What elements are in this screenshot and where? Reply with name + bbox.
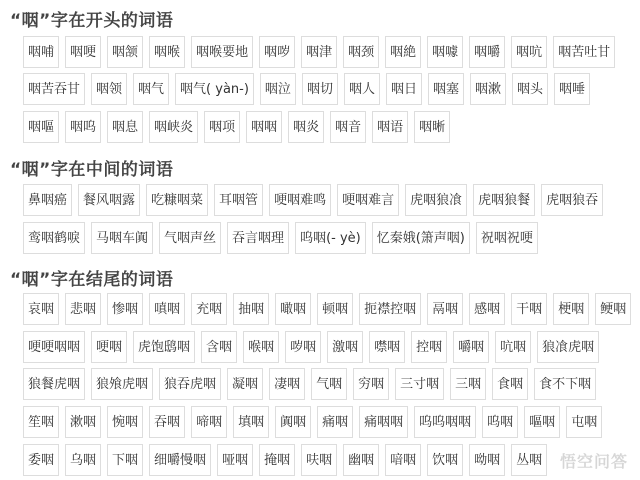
word-row: 哽哽咽咽哽咽虎饱鸱咽含咽喉咽哕咽激咽噤咽控咽嚼咽吭咽狼飡虎咽 bbox=[23, 331, 599, 363]
word-tag[interactable]: 幽咽 bbox=[343, 444, 379, 476]
word-tag[interactable]: 感咽 bbox=[469, 293, 505, 325]
word-tag[interactable]: 鸾咽鹤唳 bbox=[23, 222, 85, 254]
section-title: “咽”字在结尾的词语 bbox=[10, 265, 173, 290]
word-row: 哀咽悲咽惨咽嗔咽充咽抽咽噉咽顿咽扼襟控咽鬲咽感咽干咽梗咽鲠咽 bbox=[23, 293, 631, 325]
word-tag[interactable]: 扼襟控咽 bbox=[359, 293, 421, 325]
word-tag[interactable]: 咽吭 bbox=[511, 36, 547, 68]
word-tag[interactable]: 掩咽 bbox=[259, 444, 295, 476]
word-tag[interactable]: 食咽 bbox=[492, 368, 528, 400]
word-tag[interactable]: 啼咽 bbox=[191, 406, 227, 438]
word-tag[interactable]: 鬲咽 bbox=[427, 293, 463, 325]
word-tag[interactable]: 哑咽 bbox=[217, 444, 253, 476]
word-row: 咽嘔咽呜咽息咽峡炎咽项咽咽咽炎咽音咽语咽晰 bbox=[23, 111, 450, 143]
word-tag[interactable]: 呜咽(- yè) bbox=[295, 222, 366, 254]
word-tag[interactable]: 呜呜咽咽 bbox=[414, 406, 476, 438]
word-tag[interactable]: 哕咽 bbox=[285, 331, 321, 363]
word-tag[interactable]: 悲咽 bbox=[65, 293, 101, 325]
word-tag[interactable]: 哽咽难言 bbox=[337, 184, 399, 216]
word-tag[interactable]: 穷咽 bbox=[353, 368, 389, 400]
word-row: 鸾咽鹤唳马咽车阗气咽声丝吞言咽理呜咽(- yè)忆秦娥(箫声咽)祝咽祝哽 bbox=[23, 222, 538, 254]
word-tag[interactable]: 咽气( yàn-) bbox=[175, 73, 254, 105]
word-tag[interactable]: 痛咽 bbox=[317, 406, 353, 438]
word-tag[interactable]: 充咽 bbox=[191, 293, 227, 325]
word-tag[interactable]: 委咽 bbox=[23, 444, 59, 476]
word-tag[interactable]: 咽颔 bbox=[107, 36, 143, 68]
word-row: 笙咽漱咽惋咽吞咽啼咽填咽阗咽痛咽痛咽咽呜呜咽咽呜咽嘔咽屯咽 bbox=[23, 406, 602, 438]
word-tag[interactable]: 嗔咽 bbox=[149, 293, 185, 325]
word-tag[interactable]: 马咽车阗 bbox=[91, 222, 153, 254]
section-title: “咽”字在开头的词语 bbox=[10, 6, 173, 31]
word-tag[interactable]: 哀咽 bbox=[23, 293, 59, 325]
word-tag[interactable]: 咽絶 bbox=[385, 36, 421, 68]
word-tag[interactable]: 哽咽难鸣 bbox=[269, 184, 331, 216]
word-tag[interactable]: 阗咽 bbox=[275, 406, 311, 438]
word-tag[interactable]: 三咽 bbox=[450, 368, 486, 400]
word-tag[interactable]: 咽嘔 bbox=[23, 111, 59, 143]
word-tag[interactable]: 噉咽 bbox=[275, 293, 311, 325]
word-tag[interactable]: 噤咽 bbox=[369, 331, 405, 363]
word-tag[interactable]: 狼飡虎咽 bbox=[537, 331, 599, 363]
word-tag[interactable]: 丛咽 bbox=[511, 444, 547, 476]
word-tag[interactable]: 咽喉 bbox=[149, 36, 185, 68]
word-tag[interactable]: 咽噱 bbox=[427, 36, 463, 68]
word-tag[interactable]: 吞言咽理 bbox=[227, 222, 289, 254]
word-tag[interactable]: 咽气 bbox=[133, 73, 169, 105]
word-tag[interactable]: 咽呜 bbox=[65, 111, 101, 143]
word-tag[interactable]: 细嚼慢咽 bbox=[149, 444, 211, 476]
word-tag[interactable]: 控咽 bbox=[411, 331, 447, 363]
word-tag[interactable]: 喉咽 bbox=[243, 331, 279, 363]
word-tag[interactable]: 嘔咽 bbox=[524, 406, 560, 438]
word-tag[interactable]: 痛咽咽 bbox=[359, 406, 408, 438]
word-tag[interactable]: 耳咽管 bbox=[214, 184, 263, 216]
word-tag[interactable]: 咽颈 bbox=[343, 36, 379, 68]
word-tag[interactable]: 咽苦吐甘 bbox=[553, 36, 615, 68]
word-tag[interactable]: 顿咽 bbox=[317, 293, 353, 325]
word-tag[interactable]: 干咽 bbox=[511, 293, 547, 325]
word-tag[interactable]: 忆秦娥(箫声咽) bbox=[372, 222, 470, 254]
word-tag[interactable]: 激咽 bbox=[327, 331, 363, 363]
word-tag[interactable]: 嚼咽 bbox=[453, 331, 489, 363]
word-tag[interactable]: 哽咽 bbox=[91, 331, 127, 363]
word-tag[interactable]: 咽晰 bbox=[414, 111, 450, 143]
word-tag[interactable]: 咽语 bbox=[372, 111, 408, 143]
word-tag[interactable]: 咽泣 bbox=[260, 73, 296, 105]
word-tag[interactable]: 咽漱 bbox=[470, 73, 506, 105]
word-tag[interactable]: 鲠咽 bbox=[595, 293, 631, 325]
word-tag[interactable]: 咽音 bbox=[330, 111, 366, 143]
word-tag[interactable]: 咽哺 bbox=[23, 36, 59, 68]
word-tag[interactable]: 气咽声丝 bbox=[159, 222, 221, 254]
word-tag[interactable]: 虎饱鸱咽 bbox=[133, 331, 195, 363]
word-tag[interactable]: 咽哕 bbox=[259, 36, 295, 68]
word-tag[interactable]: 凝咽 bbox=[227, 368, 263, 400]
word-tag[interactable]: 屯咽 bbox=[566, 406, 602, 438]
word-tag[interactable]: 咽项 bbox=[204, 111, 240, 143]
word-row: 狼餐虎咽狼飧虎咽狼吞虎咽凝咽凄咽气咽穷咽三寸咽三咽食咽食不下咽 bbox=[23, 368, 596, 400]
word-tag[interactable]: 下咽 bbox=[107, 444, 143, 476]
word-tag[interactable]: 鼻咽癌 bbox=[23, 184, 72, 216]
word-tag[interactable]: 虎咽狼餐 bbox=[473, 184, 535, 216]
word-tag[interactable]: 咽喉要地 bbox=[191, 36, 253, 68]
watermark: 悟空问答 bbox=[560, 449, 628, 472]
word-tag[interactable]: 凄咽 bbox=[269, 368, 305, 400]
word-tag[interactable]: 吭咽 bbox=[495, 331, 531, 363]
word-tag[interactable]: 咽峡炎 bbox=[149, 111, 198, 143]
word-tag[interactable]: 食不下咽 bbox=[534, 368, 596, 400]
word-tag[interactable]: 呦咽 bbox=[469, 444, 505, 476]
word-tag[interactable]: 咽人 bbox=[344, 73, 380, 105]
section-title: “咽”字在中间的词语 bbox=[10, 155, 173, 180]
word-tag[interactable]: 咽头 bbox=[512, 73, 548, 105]
word-tag[interactable]: 咽切 bbox=[302, 73, 338, 105]
word-tag[interactable]: 虎咽狼飡 bbox=[405, 184, 467, 216]
word-tag[interactable]: 狼吞虎咽 bbox=[159, 368, 221, 400]
word-tag[interactable]: 饮咽 bbox=[427, 444, 463, 476]
word-tag[interactable]: 笙咽 bbox=[23, 406, 59, 438]
word-tag[interactable]: 咽唾 bbox=[554, 73, 590, 105]
word-tag[interactable]: 咽苦吞甘 bbox=[23, 73, 85, 105]
word-tag[interactable]: 咽日 bbox=[386, 73, 422, 105]
word-tag[interactable]: 狼飧虎咽 bbox=[91, 368, 153, 400]
word-row: 委咽乌咽下咽细嚼慢咽哑咽掩咽呋咽幽咽喑咽饮咽呦咽丛咽 bbox=[23, 444, 547, 476]
word-tag[interactable]: 狼餐虎咽 bbox=[23, 368, 85, 400]
word-tag[interactable]: 梗咽 bbox=[553, 293, 589, 325]
word-tag[interactable]: 餐风咽露 bbox=[78, 184, 140, 216]
word-row: 咽哺咽哽咽颔咽喉咽喉要地咽哕咽津咽颈咽絶咽噱咽嚼咽吭咽苦吐甘 bbox=[23, 36, 615, 68]
word-tag[interactable]: 咽嚼 bbox=[469, 36, 505, 68]
word-tag[interactable]: 气咽 bbox=[311, 368, 347, 400]
word-tag[interactable]: 吃糠咽菜 bbox=[146, 184, 208, 216]
word-tag[interactable]: 填咽 bbox=[233, 406, 269, 438]
word-tag[interactable]: 吞咽 bbox=[149, 406, 185, 438]
word-row: 咽苦吞甘咽领咽气咽气( yàn-)咽泣咽切咽人咽日咽塞咽漱咽头咽唾 bbox=[23, 73, 590, 105]
word-tag[interactable]: 惨咽 bbox=[107, 293, 143, 325]
word-tag[interactable]: 含咽 bbox=[201, 331, 237, 363]
word-tag[interactable]: 漱咽 bbox=[65, 406, 101, 438]
word-tag[interactable]: 虎咽狼吞 bbox=[541, 184, 603, 216]
word-tag[interactable]: 祝咽祝哽 bbox=[476, 222, 538, 254]
word-tag[interactable]: 咽津 bbox=[301, 36, 337, 68]
word-tag[interactable]: 乌咽 bbox=[65, 444, 101, 476]
word-tag[interactable]: 咽领 bbox=[91, 73, 127, 105]
word-tag[interactable]: 呋咽 bbox=[301, 444, 337, 476]
word-tag[interactable]: 呜咽 bbox=[482, 406, 518, 438]
word-tag[interactable]: 咽息 bbox=[107, 111, 143, 143]
word-tag[interactable]: 抽咽 bbox=[233, 293, 269, 325]
word-tag[interactable]: 三寸咽 bbox=[395, 368, 444, 400]
word-row: 鼻咽癌餐风咽露吃糠咽菜耳咽管哽咽难鸣哽咽难言虎咽狼飡虎咽狼餐虎咽狼吞 bbox=[23, 184, 603, 216]
word-tag[interactable]: 咽塞 bbox=[428, 73, 464, 105]
word-tag[interactable]: 惋咽 bbox=[107, 406, 143, 438]
word-tag[interactable]: 哽哽咽咽 bbox=[23, 331, 85, 363]
word-tag[interactable]: 咽炎 bbox=[288, 111, 324, 143]
word-tag[interactable]: 喑咽 bbox=[385, 444, 421, 476]
word-tag[interactable]: 咽咽 bbox=[246, 111, 282, 143]
word-tag[interactable]: 咽哽 bbox=[65, 36, 101, 68]
